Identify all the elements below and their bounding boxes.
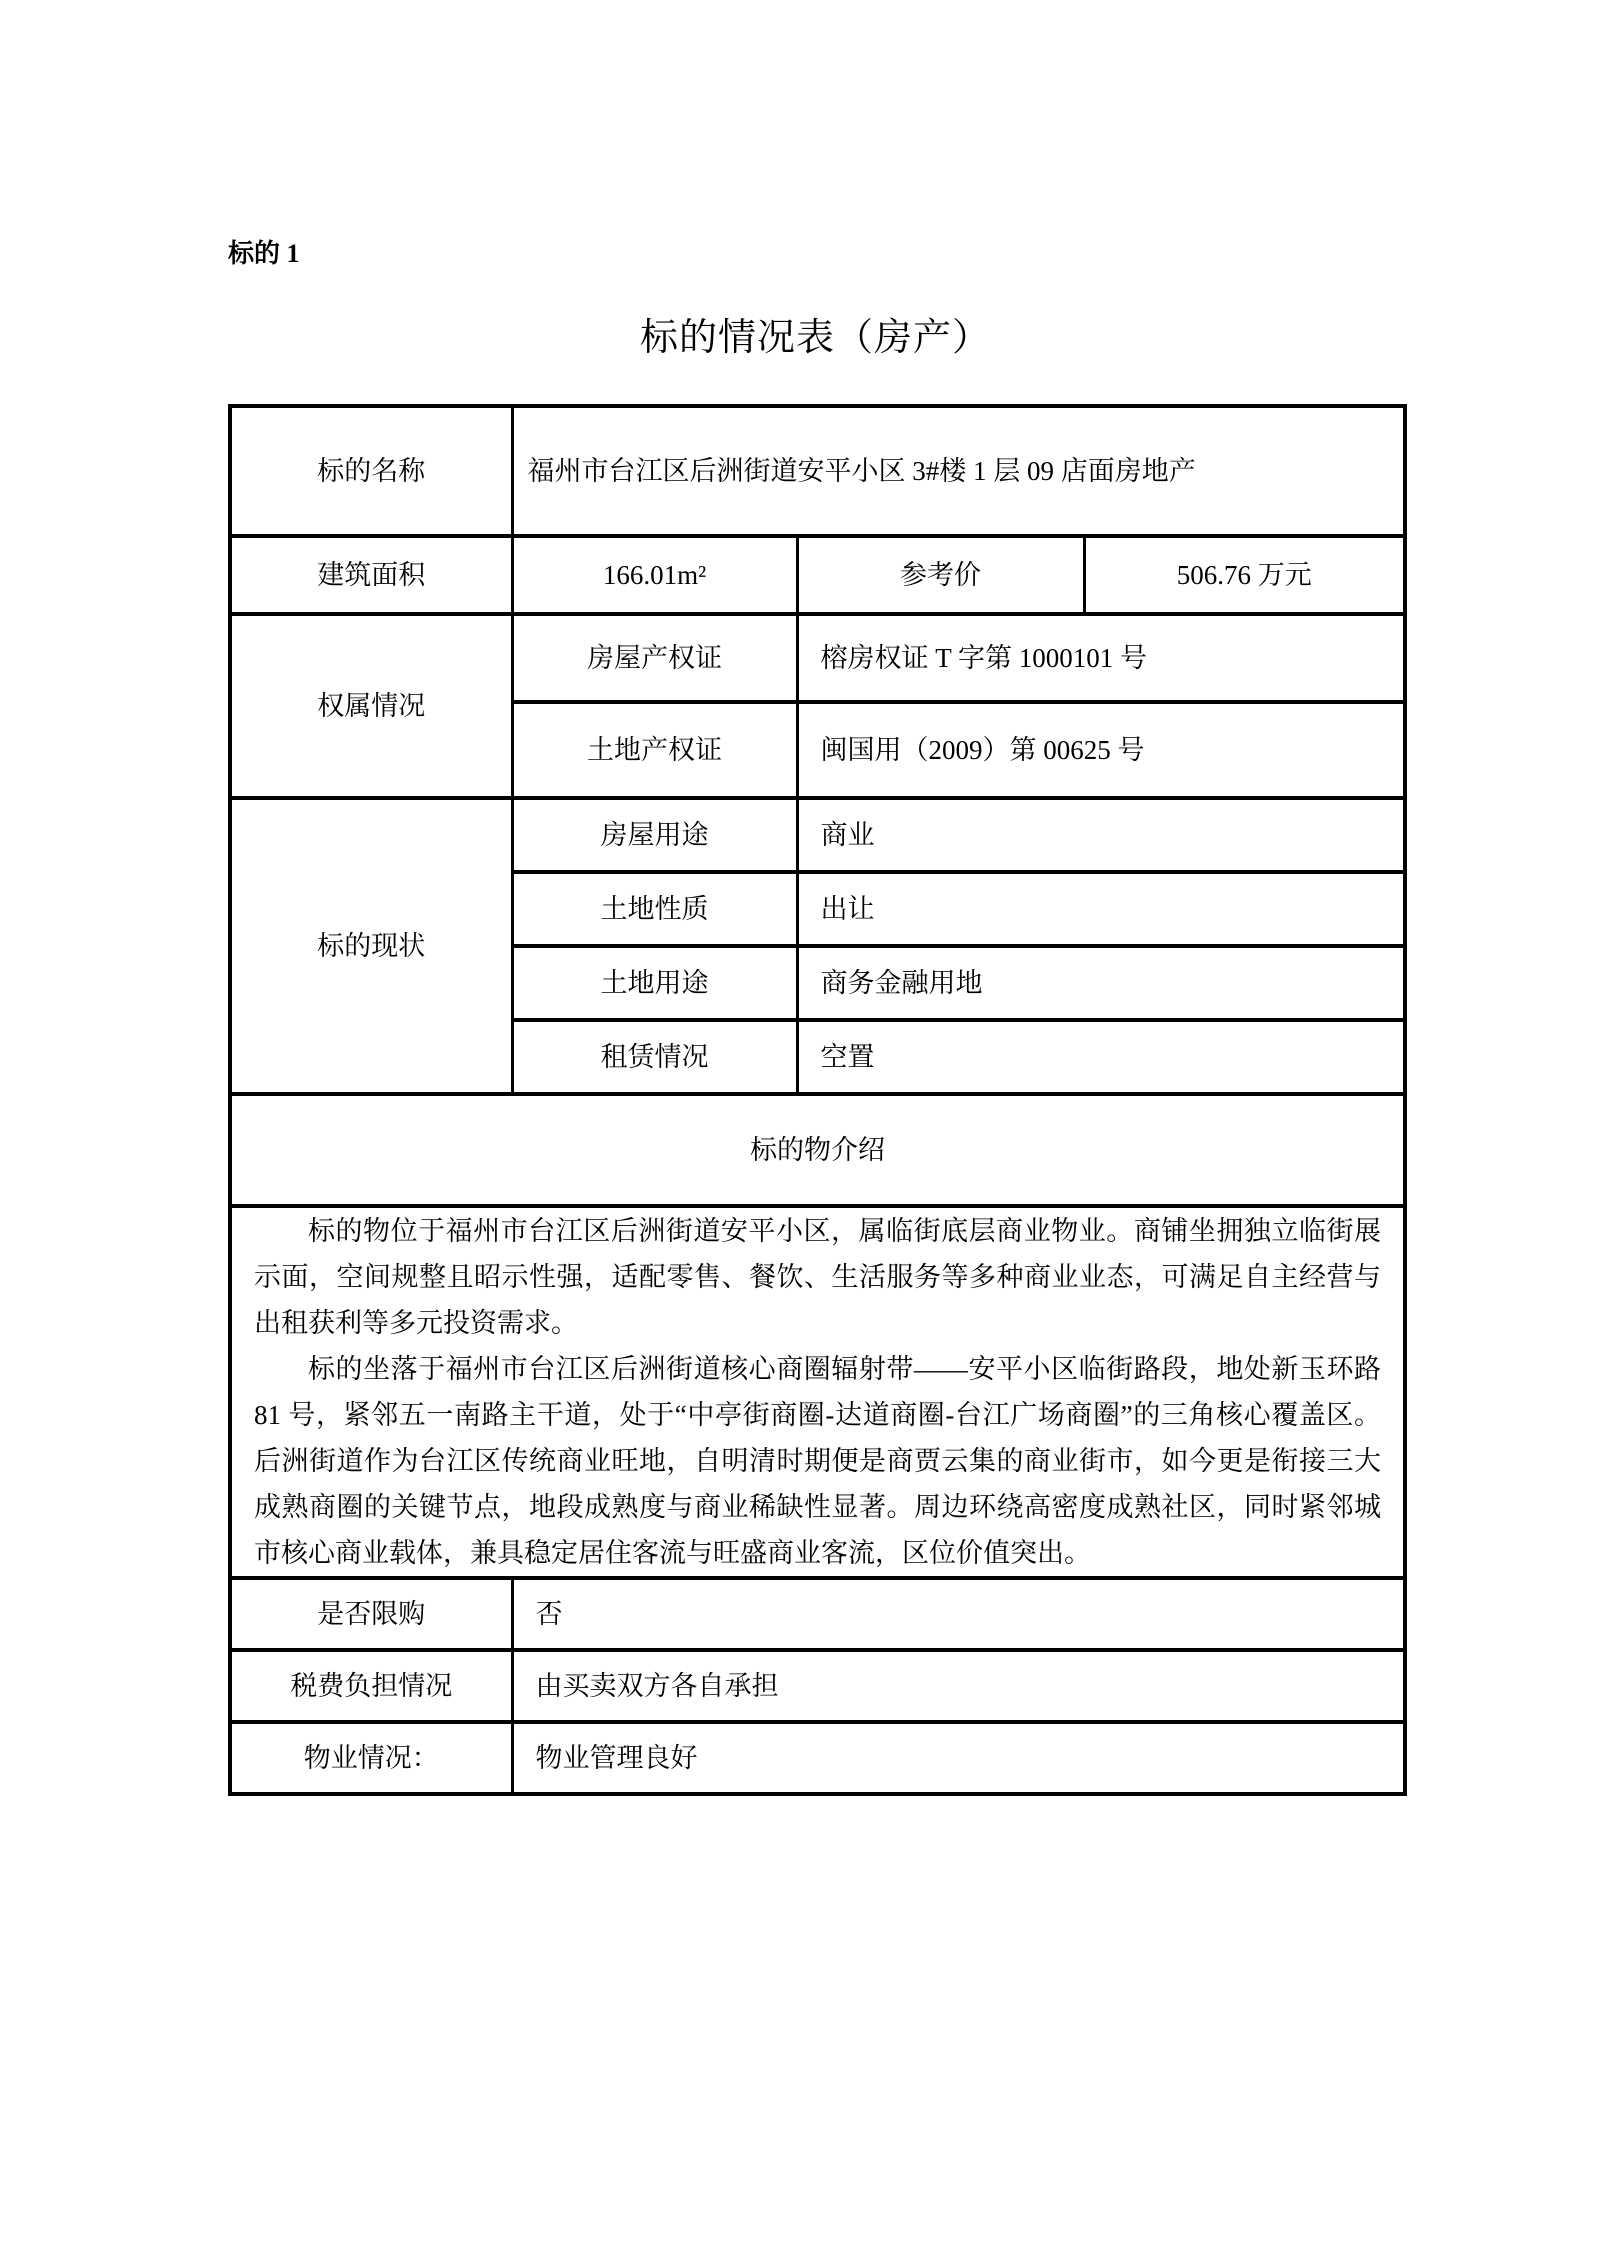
row-house-cert: 权属情况 房屋产权证 榕房权证 T 字第 1000101 号 (230, 614, 1405, 702)
property-management-label: 物业情况： (230, 1722, 512, 1794)
building-area-value: 166.01m² (512, 536, 797, 614)
row-house-use: 标的现状 房屋用途 商业 (230, 798, 1405, 872)
house-use-value: 商业 (797, 798, 1405, 872)
row-tax-burden: 税费负担情况 由买卖双方各自承担 (230, 1650, 1405, 1722)
reference-price-label: 参考价 (797, 536, 1084, 614)
land-nature-label: 土地性质 (512, 872, 797, 946)
tax-burden-label: 税费负担情况 (230, 1650, 512, 1722)
intro-paragraph-1: 标的物位于福州市台江区后洲街道安平小区，属临街底层商业物业。商铺坐拥独立临街展示… (254, 1208, 1381, 1346)
intro-section-body: 标的物位于福州市台江区后洲街道安平小区，属临街底层商业物业。商铺坐拥独立临街展示… (230, 1206, 1405, 1578)
subject-info-table: 标的名称 福州市台江区后洲街道安平小区 3#楼 1 层 09 店面房地产 建筑面… (228, 404, 1407, 1796)
status-section-label: 标的现状 (230, 798, 512, 1094)
house-cert-label: 房屋产权证 (512, 614, 797, 702)
land-nature-value: 出让 (797, 872, 1405, 946)
land-use-label: 土地用途 (512, 946, 797, 1020)
subject-name-value: 福州市台江区后洲街道安平小区 3#楼 1 层 09 店面房地产 (512, 406, 1405, 536)
intro-section-header: 标的物介绍 (230, 1094, 1405, 1206)
row-purchase-limit: 是否限购 否 (230, 1578, 1405, 1650)
document-page: 标的 1 标的情况表（房产） 标的名称 福州市台江区后洲街道安平小区 3#楼 1… (0, 0, 1600, 2263)
tax-burden-value: 由买卖双方各自承担 (512, 1650, 1405, 1722)
property-management-value: 物业管理良好 (512, 1722, 1405, 1794)
document-title: 标的情况表（房产） (228, 314, 1403, 362)
row-intro-body: 标的物位于福州市台江区后洲街道安平小区，属临街底层商业物业。商铺坐拥独立临街展示… (230, 1206, 1405, 1578)
ownership-section-label: 权属情况 (230, 614, 512, 798)
row-intro-header: 标的物介绍 (230, 1094, 1405, 1206)
house-use-label: 房屋用途 (512, 798, 797, 872)
subject-number-heading: 标的 1 (228, 238, 1403, 270)
land-cert-value: 闽国用（2009）第 00625 号 (797, 702, 1405, 798)
document-body: 标的 1 标的情况表（房产） 标的名称 福州市台江区后洲街道安平小区 3#楼 1… (228, 238, 1403, 1796)
lease-status-label: 租赁情况 (512, 1020, 797, 1094)
land-use-value: 商务金融用地 (797, 946, 1405, 1020)
purchase-limit-value: 否 (512, 1578, 1405, 1650)
building-area-label: 建筑面积 (230, 536, 512, 614)
purchase-limit-label: 是否限购 (230, 1578, 512, 1650)
row-area-price: 建筑面积 166.01m² 参考价 506.76 万元 (230, 536, 1405, 614)
row-property-management: 物业情况： 物业管理良好 (230, 1722, 1405, 1794)
land-cert-label: 土地产权证 (512, 702, 797, 798)
lease-status-value: 空置 (797, 1020, 1405, 1094)
row-subject-name: 标的名称 福州市台江区后洲街道安平小区 3#楼 1 层 09 店面房地产 (230, 406, 1405, 536)
subject-name-label: 标的名称 (230, 406, 512, 536)
reference-price-value: 506.76 万元 (1084, 536, 1405, 614)
house-cert-value: 榕房权证 T 字第 1000101 号 (797, 614, 1405, 702)
intro-paragraph-2: 标的坐落于福州市台江区后洲街道核心商圈辐射带——安平小区临街路段，地处新玉环路 … (254, 1346, 1381, 1576)
